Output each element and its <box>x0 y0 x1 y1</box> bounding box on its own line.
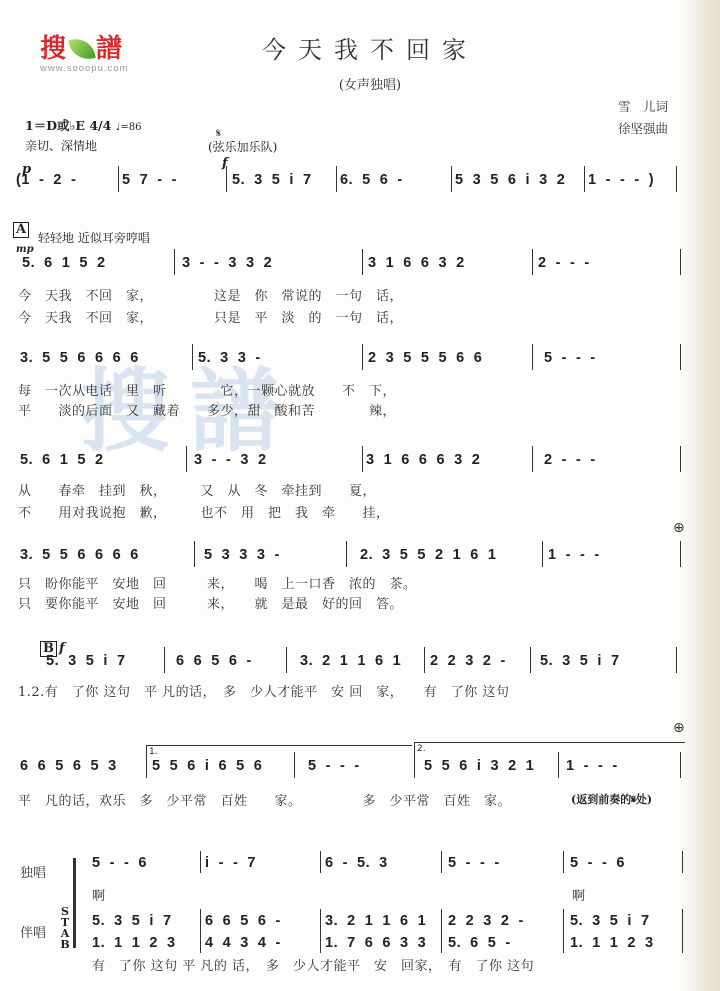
measure: 2 3 5 5 5 6 6 <box>368 350 482 366</box>
barline <box>676 166 677 192</box>
measure: 1 - - - <box>566 758 618 774</box>
lyric-line: 今 天我 不回 家， 只是 平 淡 的 一句 话， <box>18 307 403 326</box>
barline <box>680 344 681 370</box>
solo-measure: 5 - - - <box>448 855 500 871</box>
measure: 3. 2 1 1 6 1 <box>300 653 401 669</box>
tempo-marking: ♩=86 <box>116 122 142 133</box>
upper-measure: 5. 3 5 i 7 <box>92 913 172 929</box>
barline <box>542 541 543 567</box>
lower-measure: 1. 1 1 2 3 <box>92 935 176 951</box>
barline <box>451 166 452 192</box>
barline <box>320 931 321 953</box>
measure: 2. 3 5 5 2 1 6 1 <box>360 547 496 563</box>
lyric-line: 每 一次从电话 里 听 它，一颗心就放 不 下， <box>18 380 396 399</box>
measure: 2 - - - <box>538 255 590 271</box>
measure: 5. 3 3 - <box>198 350 261 366</box>
accomp-label: 伴唱 <box>20 922 46 941</box>
barline <box>676 647 677 673</box>
system-bracket <box>73 858 76 948</box>
lyricist: 雪 儿词 <box>618 96 668 118</box>
barline <box>194 541 195 567</box>
key-signature: 1＝D或♭E <box>25 118 85 133</box>
measure: 5 3 3 3 - <box>204 547 280 563</box>
lower-measure: 1. 7 6 6 3 3 <box>325 935 426 951</box>
lyric-line: 只 盼你能平 安地 回 来， 喝 上一口香 浓的 茶。 <box>18 573 417 592</box>
barline <box>146 752 147 778</box>
measure: (1 - 2 - <box>16 172 76 188</box>
barline <box>563 909 564 931</box>
barline <box>584 166 585 192</box>
barline <box>680 541 681 567</box>
barline <box>414 752 415 778</box>
barline <box>362 344 363 370</box>
volta-2: 2. <box>414 742 685 753</box>
measure: 3. 5 5 6 6 6 6 <box>20 547 139 563</box>
measure: 5 - - - <box>544 350 596 366</box>
measure: 3 - - 3 3 2 <box>182 255 272 271</box>
measure: 5. 6 1 5 2 <box>20 452 104 468</box>
barline <box>680 446 681 472</box>
measure: 3 1 6 6 6 3 2 <box>366 452 480 468</box>
barline <box>682 931 683 953</box>
measure: 5. 6 1 5 2 <box>22 255 106 271</box>
barline <box>200 851 201 873</box>
measure: 6 6 5 6 5 3 <box>20 758 117 774</box>
measure: 2 - - - <box>544 452 596 468</box>
barline <box>192 344 193 370</box>
dynamic-mp: mp <box>16 244 34 255</box>
solo-measure: i - - 7 <box>205 855 256 871</box>
expression-marking: 亲切、深情地 <box>25 137 97 154</box>
solo-lyric: 啊 <box>92 885 106 904</box>
measure: 3 1 6 6 3 2 <box>368 255 465 271</box>
stab-labels: S T A B <box>60 906 70 950</box>
barline <box>164 647 165 673</box>
barline <box>286 647 287 673</box>
section-marker-a: A <box>13 222 29 238</box>
measure: 5. 3 5 i 7 <box>540 653 620 669</box>
credits: 雪 儿词 徐坚强曲 <box>618 96 668 140</box>
composer: 徐坚强曲 <box>618 118 668 140</box>
coda-icon-2: ⊕ <box>673 720 685 736</box>
measure: 1 - - - <box>548 547 600 563</box>
lower-measure: 1. 1 1 2 3 <box>570 935 654 951</box>
measure: 5 5 6 i 6 5 6 <box>152 758 262 774</box>
measure: 2 2 3 2 - <box>430 653 506 669</box>
measure: 3. 5 5 6 6 6 6 <box>20 350 139 366</box>
barline <box>682 851 683 873</box>
measure: 5 7 - - <box>122 172 177 188</box>
barline <box>294 752 295 778</box>
barline <box>174 249 175 275</box>
barline <box>441 851 442 873</box>
barline <box>532 446 533 472</box>
barline <box>563 931 564 953</box>
solo-measure: 5 - - 6 <box>570 855 625 871</box>
barline <box>441 909 442 931</box>
lower-measure: 5. 6 5 - <box>448 935 511 951</box>
barline <box>320 851 321 873</box>
upper-measure: 2 2 3 2 - <box>448 913 524 929</box>
barline <box>118 166 119 192</box>
song-subtitle: (女声独唱) <box>0 74 720 93</box>
barline <box>226 166 227 192</box>
lyric-line: 只 要你能平 安地 回 来， 就 是最 好的回 答。 <box>18 593 403 612</box>
measure: 6. 5 6 - <box>340 172 403 188</box>
lyric-line: 不 用对我说抱 歉， 也不 用 把 我 牵 挂， <box>18 502 390 521</box>
segno-icon: 𝄋 <box>216 126 221 141</box>
barline <box>424 647 425 673</box>
volta-1: 1. <box>146 745 412 756</box>
lyric-line: 今 天我 不回 家， 这是 你 常说的 一句 话， <box>18 285 403 304</box>
barline <box>441 931 442 953</box>
barline <box>558 752 559 778</box>
barline <box>336 166 337 192</box>
section-direction: 轻轻地 近似耳旁哼唱 <box>38 229 150 246</box>
solo-measure: 6 - 5. 3 <box>325 855 388 871</box>
measure: 5 3 5 6 i 3 2 <box>455 172 565 188</box>
lower-measure: 4 4 3 4 - <box>205 935 281 951</box>
upper-measure: 5. 3 5 i 7 <box>570 913 650 929</box>
coda-icon: ⊕ <box>673 520 685 536</box>
barline <box>532 249 533 275</box>
lyric-line: 从 春牵 挂到 秋， 又 从 冬 牵挂到 夏， <box>18 480 376 499</box>
barline <box>362 446 363 472</box>
lyric-line: 平 淡的后面 又 藏着 多少，甜 酸和苦 辣， <box>18 400 396 419</box>
barline <box>200 931 201 953</box>
barline <box>362 249 363 275</box>
upper-measure: 6 6 5 6 - <box>205 913 281 929</box>
time-signature: 4/4 <box>89 118 111 133</box>
barline <box>530 647 531 673</box>
key-tempo-line: 1＝D或♭E 4/4 ♩=86 <box>25 116 141 134</box>
chorus-lyric: 有 了你 这句 平 凡的 话， 多 少人才能平 安 回家， 有 了你 这句 <box>92 955 534 974</box>
upper-measure: 3. 2 1 1 6 1 <box>325 913 426 929</box>
measure: 1 - - - ) <box>588 172 654 188</box>
barline <box>320 909 321 931</box>
lyric-line: 平 凡的话，欢乐 多 少平常 百姓 家。 多 少平常 百姓 家。 <box>18 790 511 809</box>
lyric-line: 1.2.有 了你 这句 平 凡的话， 多 少人才能平 安 回 家， 有 了你 这… <box>18 681 509 700</box>
measure: 5 - - - <box>308 758 360 774</box>
measure: 6 6 5 6 - <box>176 653 252 669</box>
song-title: 今天我不回家 <box>0 30 720 65</box>
barline <box>186 446 187 472</box>
repeat-instruction: (返到前奏的𝄋处) <box>571 791 652 807</box>
barline <box>532 344 533 370</box>
measure: 5. 3 5 i 7 <box>232 172 312 188</box>
barline <box>346 541 347 567</box>
barline <box>200 909 201 931</box>
solo-lyric: 啊 <box>572 885 586 904</box>
solo-label: 独唱 <box>20 862 46 881</box>
barline <box>682 909 683 931</box>
barline <box>680 752 681 778</box>
measure: 5 5 6 i 3 2 1 <box>424 758 534 774</box>
measure: 5. 3 5 i 7 <box>46 653 126 669</box>
barline <box>563 851 564 873</box>
solo-measure: 5 - - 6 <box>92 855 147 871</box>
measure: 3 - - 3 2 <box>194 452 267 468</box>
barline <box>680 249 681 275</box>
page-edge-shadow <box>678 0 720 991</box>
